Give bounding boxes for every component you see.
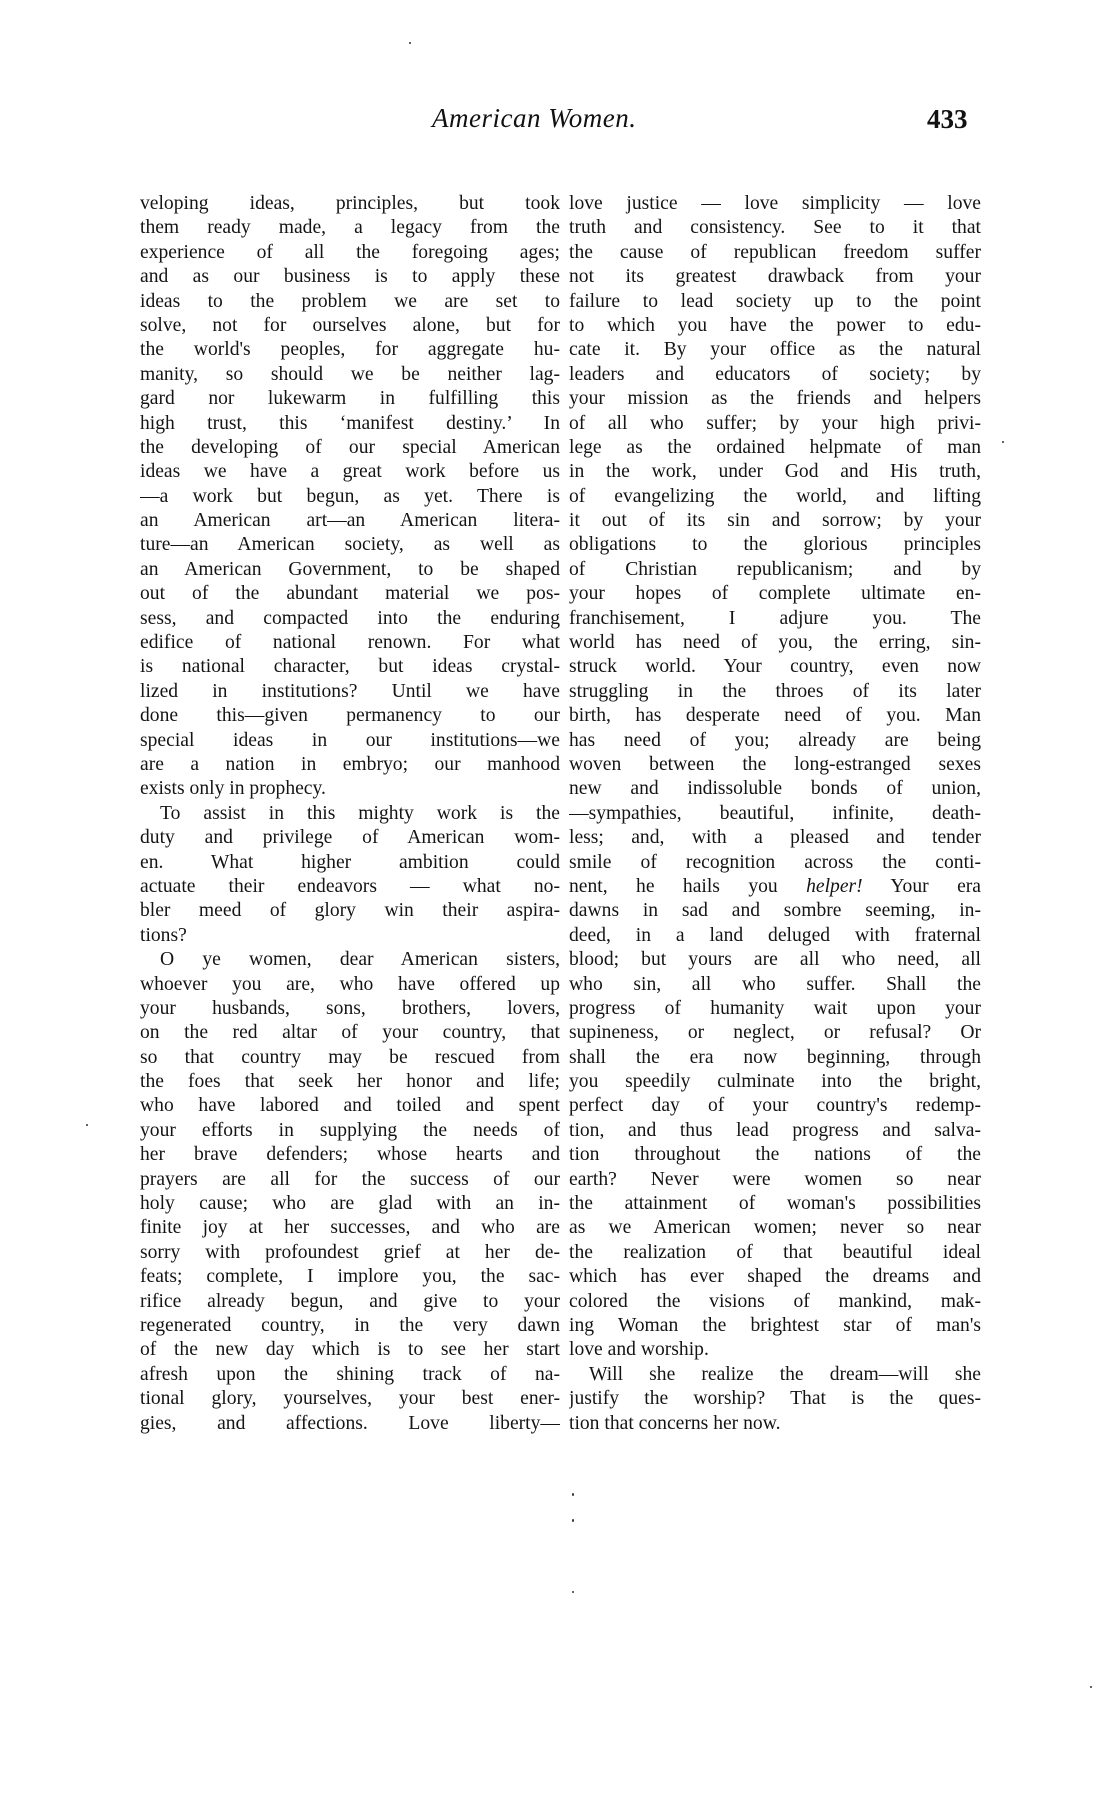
text-line: your mission as the friends and helpers <box>569 387 981 411</box>
text-line: —a work but begun, as yet. There is <box>140 485 560 509</box>
paragraph-start-line: O ye women, dear American sisters, <box>140 948 560 972</box>
scan-speck <box>1002 441 1004 443</box>
text-line: of the new day which is to see her start <box>140 1338 560 1362</box>
text-line: an American art—an American litera- <box>140 509 560 533</box>
text-line: holy cause; who are glad with an in- <box>140 1192 560 1216</box>
text-line: prayers are all for the success of our <box>140 1168 560 1192</box>
line-prefix: nent, he hails you <box>569 876 806 897</box>
right-column: love justice — love simplicity — love tr… <box>569 192 981 1436</box>
paragraph-start-line: To assist in this mighty work is the <box>140 802 560 826</box>
text-line: whoever you are, who have offered up <box>140 973 560 997</box>
book-page: American Women. 433 veloping ideas, prin… <box>0 0 1120 1800</box>
scan-speck <box>572 1591 574 1593</box>
text-line: solve, not for ourselves alone, but for <box>140 314 560 338</box>
text-line: gard nor lukewarm in fulfilling this <box>140 387 560 411</box>
text-line: them ready made, a legacy from the <box>140 216 560 240</box>
text-line: edifice of national renown. For what <box>140 631 560 655</box>
text-line: shall the era now beginning, through <box>569 1046 981 1070</box>
text-line: your efforts in supplying the needs of <box>140 1119 560 1143</box>
text-line: and as our business is to apply these <box>140 265 560 289</box>
scan-speck <box>1090 1686 1092 1688</box>
paragraph-end-line: tions? <box>140 924 560 948</box>
text-line: veloping ideas, principles, but took <box>140 192 560 216</box>
text-line: afresh upon the shining track of na- <box>140 1363 560 1387</box>
page-number: 433 <box>927 104 968 135</box>
text-line: love justice — love simplicity — love <box>569 192 981 216</box>
text-line: new and indissoluble bonds of union, <box>569 777 981 801</box>
text-line: out of the abundant material we pos- <box>140 582 560 606</box>
text-line: deed, in a land deluged with fraternal <box>569 924 981 948</box>
text-line: of all who suffer; by your high privi- <box>569 412 981 436</box>
text-line: lege as the ordained helpmate of man <box>569 436 981 460</box>
text-line: ideas to the problem we are set to <box>140 290 560 314</box>
text-line: your hopes of complete ultimate en- <box>569 582 981 606</box>
text-line: perfect day of your country's redemp- <box>569 1094 981 1118</box>
text-line: as we American women; never so near <box>569 1216 981 1240</box>
text-line: her brave defenders; whose hearts and <box>140 1143 560 1167</box>
line-suffix: Your era <box>863 876 981 897</box>
text-line: so that country may be rescued from <box>140 1046 560 1070</box>
text-line: en. What higher ambition could <box>140 851 560 875</box>
text-line: sorry with profoundest grief at her de- <box>140 1241 560 1265</box>
scan-speck <box>409 42 411 44</box>
text-line: high trust, this ‘manifest destiny.’ In <box>140 412 560 436</box>
italic-word: helper! <box>806 876 863 897</box>
text-line: are a nation in embryo; our manhood <box>140 753 560 777</box>
running-title: American Women. <box>432 103 636 134</box>
text-line: manity, so should we be neither lag- <box>140 363 560 387</box>
text-line: cate it. By your office as the natural <box>569 338 981 362</box>
text-line: of evangelizing the world, and lifting <box>569 485 981 509</box>
text-line: struck world. Your country, even now <box>569 655 981 679</box>
text-line: truth and consistency. See to it that <box>569 216 981 240</box>
text-line: leaders and educators of society; by <box>569 363 981 387</box>
text-line: world has need of you, the erring, sin- <box>569 631 981 655</box>
text-line: justify the worship? That is the ques- <box>569 1387 981 1411</box>
text-line: ideas we have a great work before us <box>140 460 560 484</box>
text-line: actuate their endeavors — what no- <box>140 875 560 899</box>
text-line: rifice already begun, and give to your <box>140 1290 560 1314</box>
text-line: ing Woman the brightest star of man's <box>569 1314 981 1338</box>
text-line: in the work, under God and His truth, <box>569 460 981 484</box>
text-line: lized in institutions? Until we have <box>140 680 560 704</box>
text-line-with-italic: nent, he hails you helper! Your era <box>569 875 981 899</box>
scan-speck <box>572 1493 574 1496</box>
text-line: who have labored and toiled and spent <box>140 1094 560 1118</box>
text-line: has need of you; already are being <box>569 729 981 753</box>
left-column: veloping ideas, principles, but took the… <box>140 192 560 1436</box>
text-line: feats; complete, I implore you, the sac- <box>140 1265 560 1289</box>
text-line: dawns in sad and sombre seeming, in- <box>569 899 981 923</box>
text-line: bler meed of glory win their aspira- <box>140 899 560 923</box>
scan-speck <box>86 1124 88 1126</box>
paragraph-end-line: love and worship. <box>569 1338 981 1362</box>
text-line: franchisement, I adjure you. The <box>569 607 981 631</box>
text-line: which has ever shaped the dreams and <box>569 1265 981 1289</box>
text-line: done this—given permanency to our <box>140 704 560 728</box>
text-line: struggling in the throes of its later <box>569 680 981 704</box>
text-line: gies, and affections. Love liberty— <box>140 1412 560 1436</box>
text-line: regenerated country, in the very dawn <box>140 1314 560 1338</box>
text-line: finite joy at her successes, and who are <box>140 1216 560 1240</box>
text-line: tional glory, yourselves, your best ener… <box>140 1387 560 1411</box>
text-line: obligations to the glorious principles <box>569 533 981 557</box>
text-line: your husbands, sons, brothers, lovers, <box>140 997 560 1021</box>
text-line: failure to lead society up to the point <box>569 290 981 314</box>
paragraph-end-line: tion that concerns her now. <box>569 1412 981 1436</box>
text-line: birth, has desperate need of you. Man <box>569 704 981 728</box>
text-line: the world's peoples, for aggregate hu- <box>140 338 560 362</box>
running-head: American Women. 433 <box>0 103 1120 143</box>
text-line: duty and privilege of American wom- <box>140 826 560 850</box>
text-line: not its greatest drawback from your <box>569 265 981 289</box>
text-line: it out of its sin and sorrow; by your <box>569 509 981 533</box>
text-line: earth? Never were women so near <box>569 1168 981 1192</box>
text-line: —sympathies, beautiful, infinite, death- <box>569 802 981 826</box>
text-line: tion, and thus lead progress and salva- <box>569 1119 981 1143</box>
text-line: the realization of that beautiful ideal <box>569 1241 981 1265</box>
text-line: the cause of republican freedom suffer <box>569 241 981 265</box>
text-line: an American Government, to be shaped <box>140 558 560 582</box>
paragraph-end-line: exists only in prophecy. <box>140 777 560 801</box>
text-line: smile of recognition across the conti- <box>569 851 981 875</box>
text-line: special ideas in our institutions—we <box>140 729 560 753</box>
paragraph-start-line: Will she realize the dream—will she <box>569 1363 981 1387</box>
text-line: the attainment of woman's possibilities <box>569 1192 981 1216</box>
text-line: ture—an American society, as well as <box>140 533 560 557</box>
text-line: less; and, with a pleased and tender <box>569 826 981 850</box>
text-line: blood; but yours are all who need, all <box>569 948 981 972</box>
text-line: to which you have the power to edu- <box>569 314 981 338</box>
text-line: is national character, but ideas crystal… <box>140 655 560 679</box>
text-line: the developing of our special American <box>140 436 560 460</box>
text-line: progress of humanity wait upon your <box>569 997 981 1021</box>
text-line: you speedily culminate into the bright, <box>569 1070 981 1094</box>
text-line: tion throughout the nations of the <box>569 1143 981 1167</box>
text-line: woven between the long-estranged sexes <box>569 753 981 777</box>
text-line: colored the visions of mankind, mak- <box>569 1290 981 1314</box>
text-line: sess, and compacted into the enduring <box>140 607 560 631</box>
text-line: experience of all the foregoing ages; <box>140 241 560 265</box>
text-line: of Christian republicanism; and by <box>569 558 981 582</box>
text-line: who sin, all who suffer. Shall the <box>569 973 981 997</box>
text-line: on the red altar of your country, that <box>140 1021 560 1045</box>
scan-speck <box>572 1519 574 1522</box>
text-line: the foes that seek her honor and life; <box>140 1070 560 1094</box>
text-line: supineness, or neglect, or refusal? Or <box>569 1021 981 1045</box>
